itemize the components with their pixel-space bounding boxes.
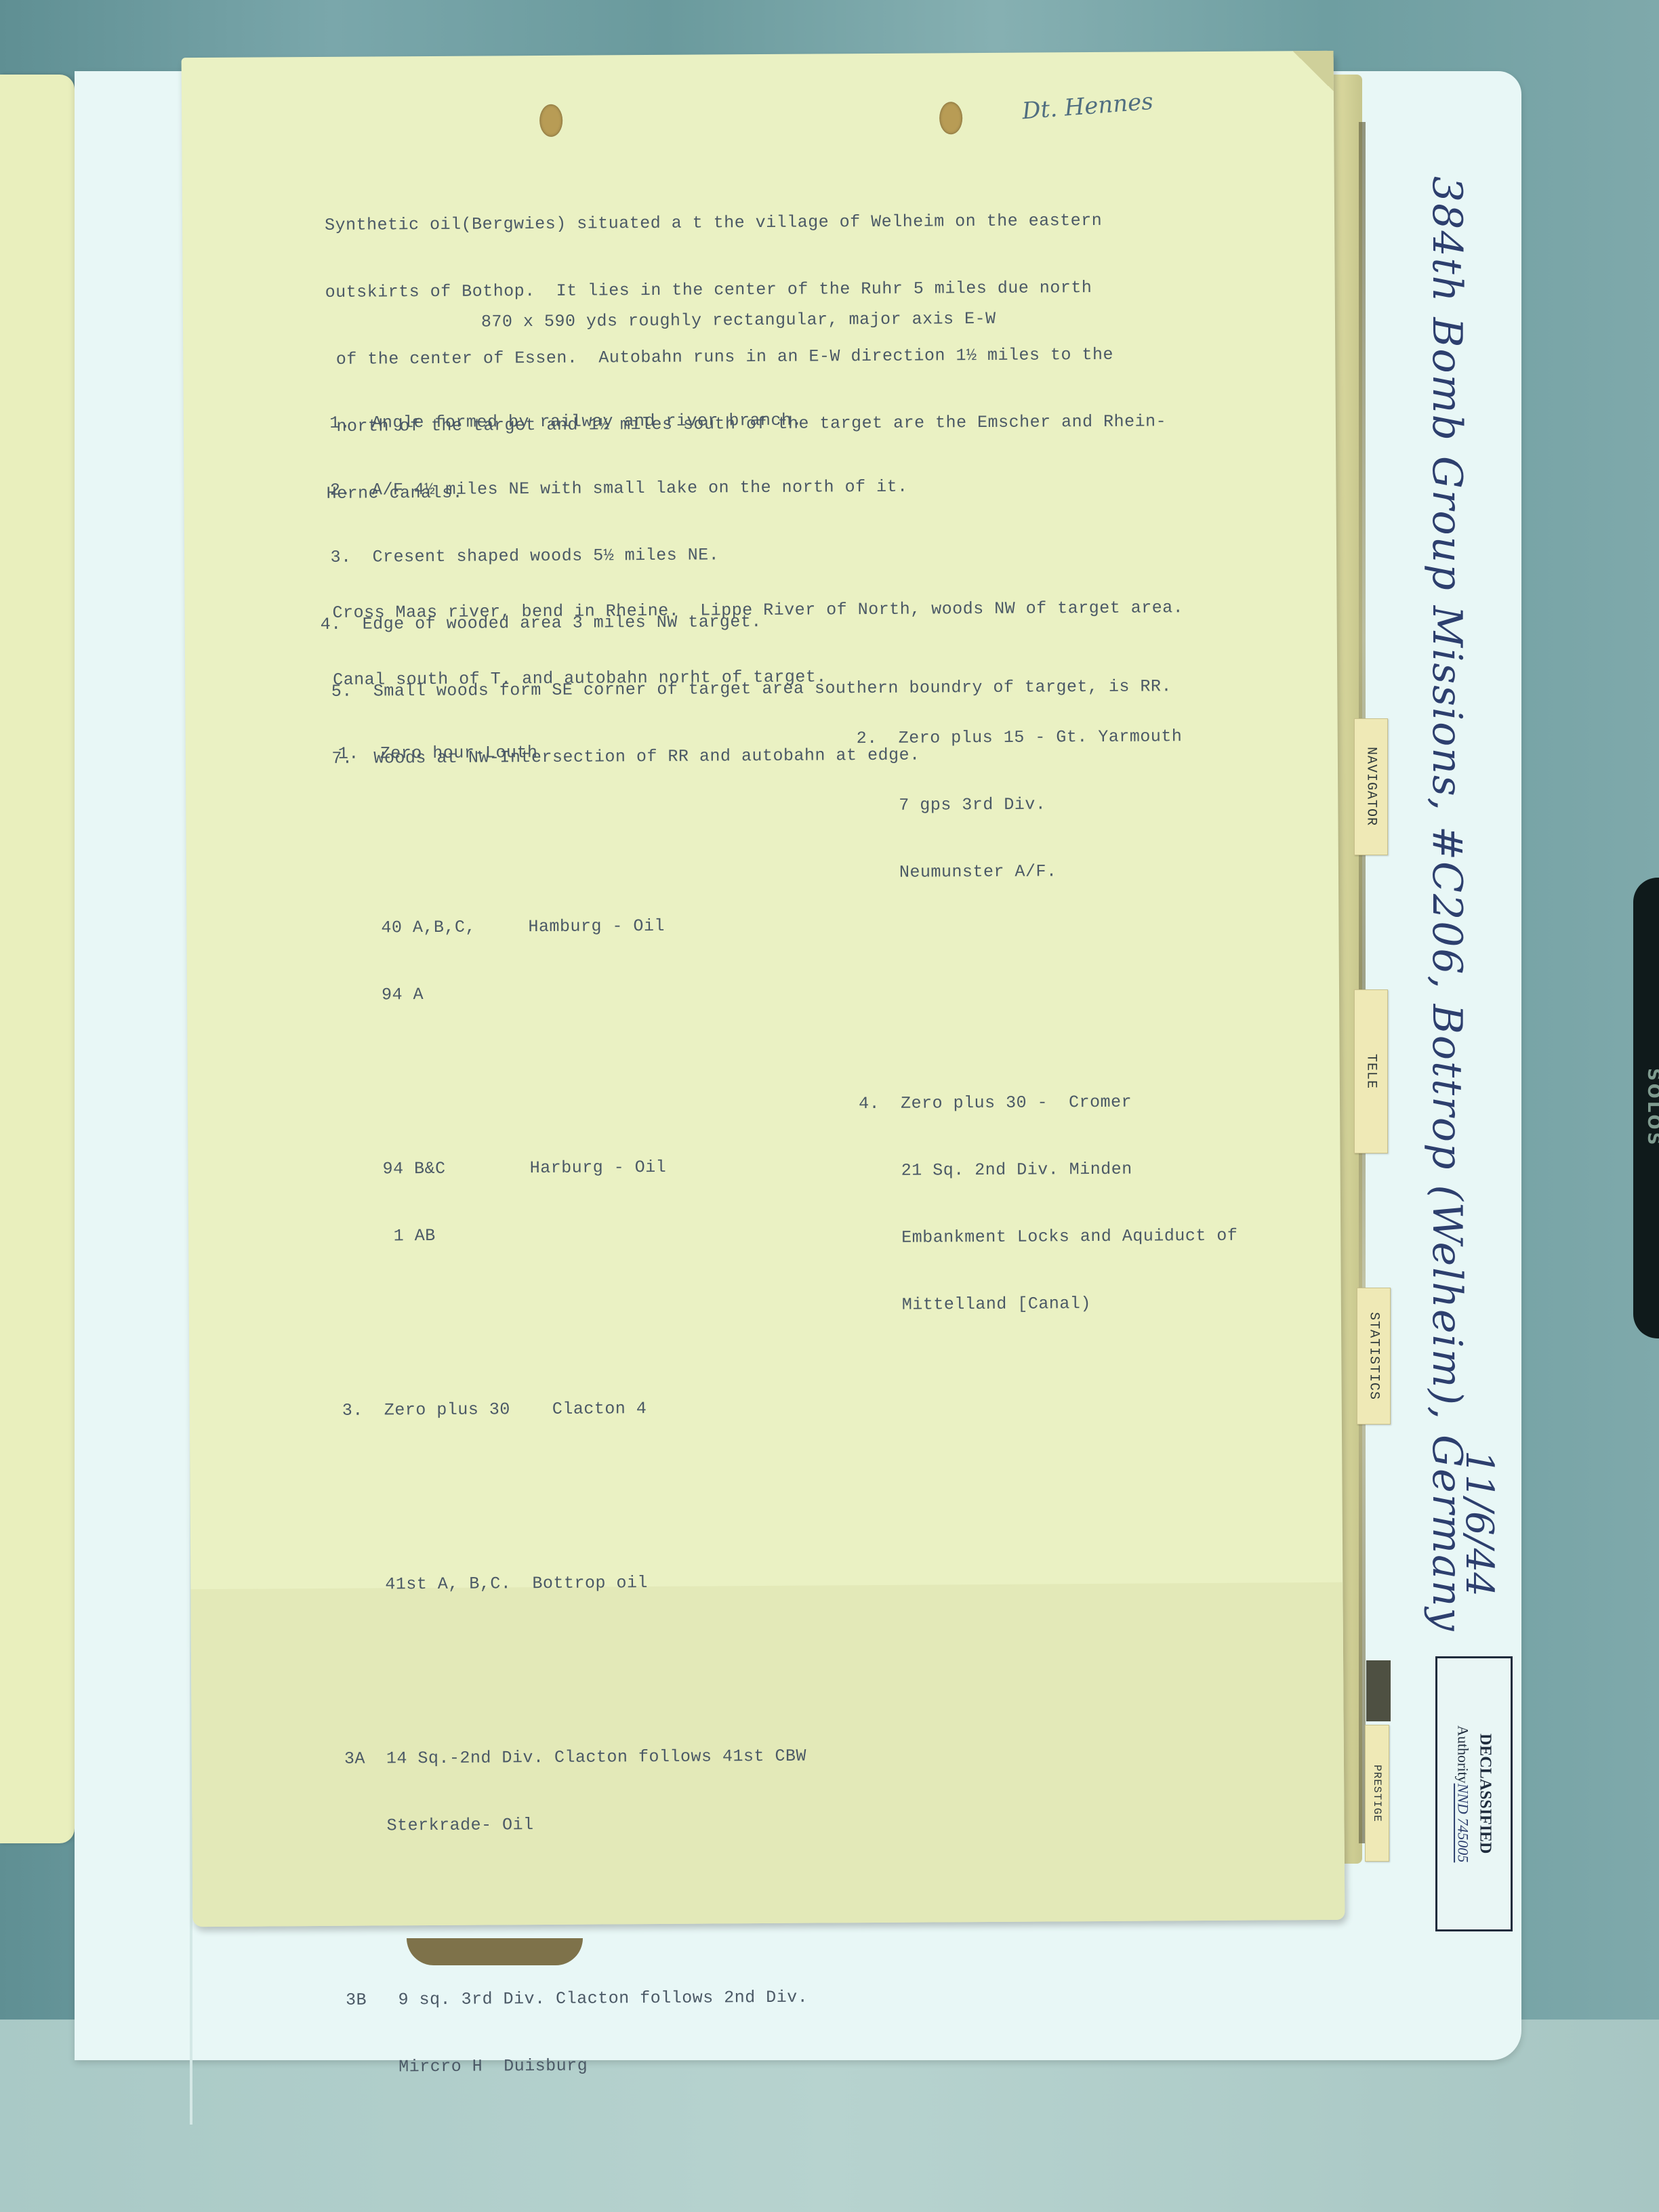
schedule-entry: 41st A, B,C. Bottrop oil: [343, 1526, 806, 1641]
schedule-entry: 40 A,B,C, Hamburg - Oil 94 A: [339, 869, 802, 1051]
tab-navigator[interactable]: NAVIGATOR: [1354, 718, 1388, 855]
declassified-stamp: DECLASSIFIED AuthorityNND 745005: [1435, 1656, 1513, 1931]
folder-handwritten-label: 384th Bomb Group Missions, #C206, Bottro…: [1423, 176, 1504, 1599]
schedule-entry: 3. Zero plus 30 Clacton 4: [342, 1352, 804, 1467]
schedule-entry: 3B 9 sq. 3rd Div. Clacton follows 2nd Di…: [346, 1942, 809, 2123]
stamp-title: DECLASSIFIED: [1476, 1734, 1494, 1853]
tab-tele[interactable]: TELE: [1354, 989, 1388, 1153]
mission-schedule-right: 2. Zero plus 15 - Gt. Yarmouth 7 gps 3rd…: [856, 636, 1239, 1423]
folder-date: 11/6/44: [1457, 1450, 1501, 1597]
mission-schedule-left: 1. Zero hour-Louth 40 A,B,C, Hamburg - O…: [337, 651, 809, 2186]
schedule-entry: 2. Zero plus 15 - Gt. Yarmouth 7 gps 3rd…: [856, 680, 1235, 928]
handwritten-signature: Dt. Hennes: [1021, 88, 1154, 125]
tab-statistics[interactable]: STATISTICS: [1357, 1288, 1391, 1425]
solos-device: SOLOS: [1633, 878, 1659, 1338]
landmark-item: 1. Angle formed by railway and river bra…: [319, 407, 1170, 434]
previous-page-edge: [0, 75, 75, 1843]
tab-bottom[interactable]: PRESTIGE: [1365, 1725, 1389, 1862]
schedule-entry: 94 B&C Harburg - Oil 1 AB: [340, 1111, 804, 1292]
schedule-entry: 3A 14 Sq.-2nd Div. Clacton follows 41st …: [344, 1700, 807, 1882]
schedule-entry: 1. Zero hour-Louth: [337, 695, 800, 810]
folded-corner: [1293, 51, 1334, 91]
typed-document-page: Dt. Hennes Synthetic oil(Bergwies) situa…: [182, 51, 1345, 1927]
page-stack-edge: [1359, 122, 1366, 1843]
punch-hole-right: [939, 102, 962, 134]
punch-hole-left: [539, 104, 562, 137]
target-dimensions: 870 x 590 yds roughly rectangular, major…: [481, 308, 996, 333]
stamp-authority: AuthorityNND 745005: [1454, 1725, 1472, 1862]
dark-tab: [1366, 1660, 1391, 1721]
schedule-entry: 4. Zero plus 30 - Cromer 21 Sq. 2nd Div.…: [859, 1046, 1239, 1361]
landmark-item: 2. A/F 4½ miles NE with small lake on th…: [319, 474, 1170, 501]
